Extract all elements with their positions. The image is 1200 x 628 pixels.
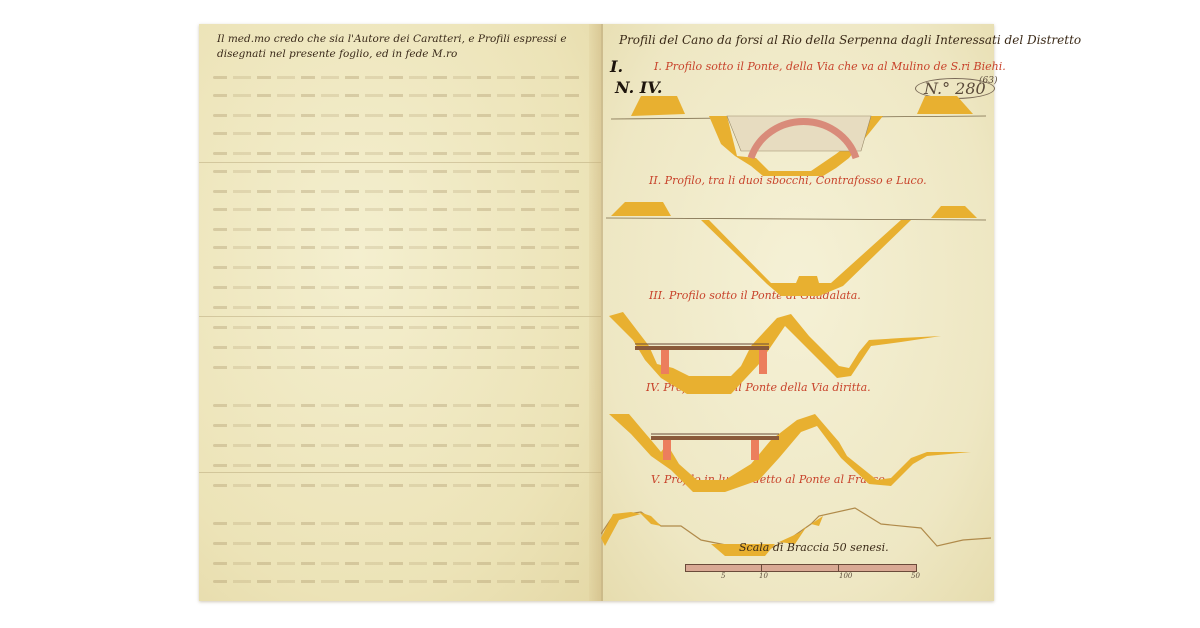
profile-1-drawing [601, 86, 994, 176]
faded-text-line [213, 464, 583, 467]
faded-text-line [213, 246, 583, 249]
profile-3-drawing [601, 306, 994, 396]
faded-text-line [213, 190, 583, 193]
scale-label: Scala di Braccia 50 senesi. [739, 541, 889, 554]
faded-text-line [213, 94, 583, 97]
faded-text-line [213, 424, 583, 427]
faded-text-line [213, 522, 583, 525]
scale-tick-label: 5 [721, 572, 725, 580]
faded-text-line [213, 404, 583, 407]
scale-bar [685, 564, 917, 572]
scale-tick-label: 100 [839, 572, 852, 580]
scale-tick-label: 10 [759, 572, 768, 580]
faded-text-line [213, 306, 583, 309]
faded-text-line [213, 76, 583, 79]
scale-tick [761, 565, 762, 571]
faded-text-line [213, 484, 583, 487]
faded-text-line [213, 542, 583, 545]
faded-text-line [213, 346, 583, 349]
scale-tick-label: 50 [911, 572, 920, 580]
profile-2-drawing [601, 200, 994, 300]
scale-tick [838, 565, 839, 571]
faded-text-line [213, 266, 583, 269]
faded-text-line [213, 228, 583, 231]
profile-label-1: I. Profilo sotto il Ponte, della Via che… [654, 60, 1006, 73]
inventory-subnumber: (63) [979, 76, 997, 86]
faded-text-line [213, 170, 583, 173]
fold-crease [199, 316, 601, 317]
profile-4-drawing [601, 402, 994, 492]
faded-text-line [213, 286, 583, 289]
faded-text-line [213, 132, 583, 135]
faded-text-line [213, 208, 583, 211]
manuscript-sheet: Il med.mo credo che sia l'Autore dei Car… [199, 24, 994, 601]
left-page: Il med.mo credo che sia l'Autore dei Car… [199, 24, 601, 601]
fold-crease [199, 162, 601, 163]
faded-text-line [213, 326, 583, 329]
drawing-title: Profili del Cano da forsi al Rio della S… [619, 33, 1081, 47]
faded-text-line [213, 580, 583, 583]
faded-text-line [213, 366, 583, 369]
faded-text-line [213, 444, 583, 447]
attestation-note: Il med.mo credo che sia l'Autore dei Car… [217, 32, 597, 62]
faded-text-line [213, 114, 583, 117]
faded-text-line [213, 562, 583, 565]
faded-text-line [213, 152, 583, 155]
fold-crease [199, 472, 601, 473]
spine-shadow [589, 24, 601, 601]
reference-number: I. [610, 57, 623, 76]
